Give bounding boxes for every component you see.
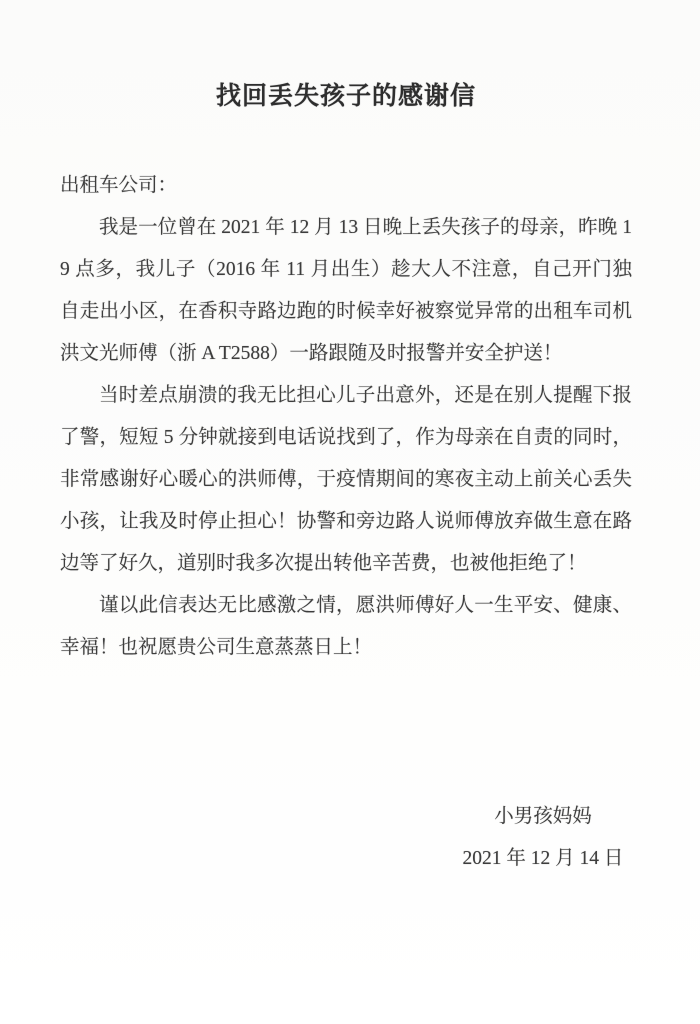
letter-paragraph-1: 我是一位曾在 2021 年 12 月 13 日晚上丢失孩子的母亲，昨晚 19 点… [60, 207, 632, 375]
signature-date: 2021 年 12 月 14 日 [454, 838, 632, 880]
letter-paragraph-3: 谨以此信表达无比感激之情，愿洪师傅好人一生平安、健康、幸福！也祝愿贵公司生意蒸蒸… [60, 585, 632, 669]
letter-page: 找回丢失孩子的感谢信 出租车公司： 我是一位曾在 2021 年 12 月 13 … [0, 0, 700, 1024]
letter-title: 找回丢失孩子的感谢信 [60, 81, 632, 113]
letter-salutation: 出租车公司： [60, 165, 632, 207]
letter-paragraph-2: 当时差点崩溃的我无比担心儿子出意外，还是在别人提醒下报了警，短短 5 分钟就接到… [60, 375, 632, 585]
signature-block: 小男孩妈妈 2021 年 12 月 14 日 [454, 796, 632, 880]
signature-name: 小男孩妈妈 [454, 796, 632, 838]
